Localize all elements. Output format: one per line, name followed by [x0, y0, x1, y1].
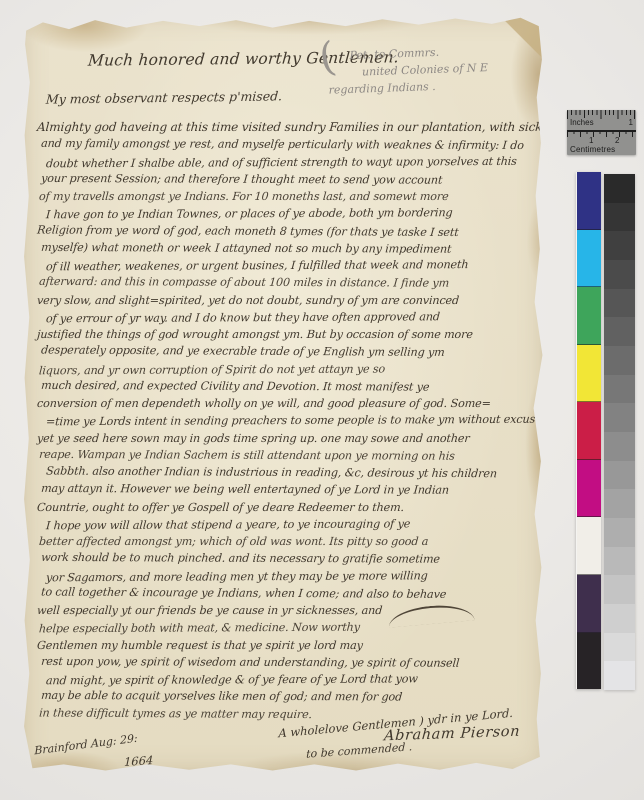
dateline-place: Brainford Aug: 29:: [34, 732, 138, 758]
gray-step: [604, 289, 635, 318]
manuscript-line: to call together & incourage ye Indians,…: [40, 583, 545, 603]
manuscript-line: may be able to acquit yorselves like men…: [40, 687, 545, 706]
dateline-year: 1664: [124, 753, 153, 770]
gray-step: [604, 604, 635, 633]
manuscript-line: and my family amongst ye rest, and mysel…: [40, 135, 545, 154]
gray-step: [604, 375, 635, 404]
cm-major-ticks-icon: [567, 131, 636, 137]
manuscript-line: Gentlemen my humble request is that ye s…: [36, 637, 545, 654]
manuscript-line: afterward: and this in compasse of about…: [38, 273, 545, 292]
manuscript-line: your present Session; and therefore I th…: [40, 170, 545, 189]
manuscript-line: may attayn it. However we being well ent…: [40, 480, 545, 499]
pencil-paren-icon: (: [318, 48, 336, 67]
signature: Abraham Pierson: [383, 724, 520, 745]
letter-body: Almighty god haveing at this time visite…: [37, 119, 545, 723]
manuscript-line: better affected amongst ym; which of old…: [38, 533, 545, 550]
color-calibration-strip: [576, 172, 601, 689]
gray-step: [604, 317, 635, 346]
gray-step: [604, 661, 635, 690]
gray-step: [604, 575, 635, 604]
gray-step: [604, 174, 635, 203]
grayscale-strip: [604, 174, 635, 690]
ruler-scale: Inches 1 1 2 Centimetres: [567, 110, 636, 155]
manuscript-line: Countrie, ought to offer ye Gospell of y…: [36, 499, 545, 516]
gray-step: [604, 260, 635, 289]
manuscript-line: of ye errour of yr way. and I do know bu…: [45, 307, 545, 327]
gray-step: [604, 432, 635, 461]
manuscript-line: doubt whether I shalbe able, and of suff…: [45, 152, 545, 172]
manuscript-line: liquors, and yr own corruption of Spirit…: [38, 359, 545, 379]
gray-step: [604, 403, 635, 432]
gray-step: [604, 461, 635, 490]
pencil-annotation: ( Pet. to Commrs.united Colonies of N Er…: [321, 40, 547, 99]
manuscript-line: justified the things of god wrought amon…: [36, 326, 545, 343]
gray-step: [604, 231, 635, 260]
manuscript-line: I have gon to ye Indian Townes, or place…: [45, 204, 545, 224]
cm-number-1: 1: [589, 136, 593, 145]
gray-step: [604, 518, 635, 547]
manuscript-line: Almighty god haveing at this time visite…: [36, 119, 545, 136]
color-patch: [577, 633, 601, 690]
cm-number-2: 2: [615, 136, 619, 145]
gray-step: [604, 489, 635, 518]
manuscript-paper: Much honored and worthy Gentlemen. My mo…: [22, 14, 544, 772]
gray-step: [604, 203, 635, 232]
gray-step: [604, 346, 635, 375]
color-patch: [577, 517, 601, 575]
manuscript-line: desperately opposite, and ye execrable t…: [40, 342, 545, 362]
manuscript-line: very slow, and slight=spirited, yet do n…: [36, 292, 545, 309]
inches-label: Inches: [570, 118, 596, 127]
manuscript-line: yet ye seed here sown may in gods time s…: [36, 430, 545, 447]
gray-step: [604, 547, 635, 576]
manuscript-line: much desired, and expected Civility and …: [40, 377, 545, 396]
archival-photo: Much honored and worthy Gentlemen. My mo…: [0, 0, 644, 800]
inch-number: 1: [629, 118, 633, 127]
manuscript-line: conversion of men dependeth wholly on ye…: [36, 395, 545, 412]
respects-line: My most observant respects p'mised.: [45, 88, 282, 106]
color-patch: [577, 172, 601, 230]
color-patch: [577, 230, 601, 288]
color-patch: [577, 287, 601, 345]
color-patch: [577, 460, 601, 518]
manuscript-line: of my travells amongst ye Indians. For 1…: [38, 188, 545, 205]
centimetres-label: Centimetres: [570, 145, 615, 154]
manuscript-line: I hope yow will allow that stipend a yea…: [45, 514, 545, 534]
color-patch: [577, 575, 601, 633]
color-patch: [577, 345, 601, 403]
gray-step: [604, 633, 635, 662]
manuscript-line: helpe especially both with meat, & medic…: [38, 618, 545, 638]
pencil-note-lines: Pet. to Commrs.united Colonies of N Ereg…: [321, 40, 547, 99]
color-patch: [577, 402, 601, 460]
manuscript-line: =time ye Lords intent in sending preache…: [45, 411, 545, 431]
manuscript-line: work should be to much pinched. and its …: [40, 549, 545, 568]
